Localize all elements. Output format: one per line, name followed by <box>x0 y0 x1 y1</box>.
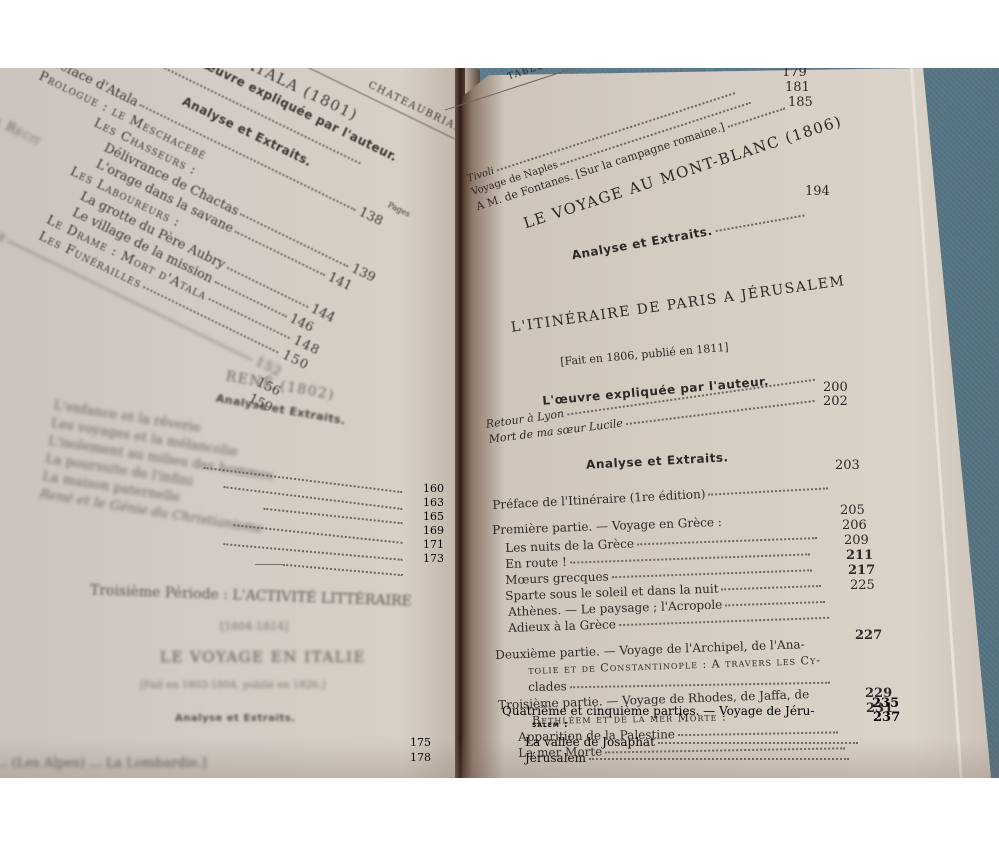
section-divider <box>255 564 285 565</box>
page-number: 163 <box>423 496 444 509</box>
page-number: 165 <box>423 510 444 523</box>
page-number: 169 <box>423 524 444 537</box>
page-number: 173 <box>423 552 444 565</box>
voyage-italie-title: LE VOYAGE EN ITALIE <box>160 648 366 666</box>
pages-label: Pages <box>386 200 411 219</box>
voyage-italie-note: [Fait en 1803-1804, publié en 1826.] <box>140 680 326 691</box>
period-years: [1804-1814] <box>220 620 288 633</box>
bottom-shadow <box>0 738 999 778</box>
toc-entry: Quatrième et cinquième parties. — Voyage… <box>502 704 814 718</box>
page-number: 237 <box>873 710 900 725</box>
voyage-italie-analysis: Analyse et Extraits. <box>175 713 296 724</box>
page-number: 160 <box>423 482 444 495</box>
page-number: 171 <box>423 538 444 551</box>
rene-dot-leaders <box>200 468 420 588</box>
right-page-bottom: Quatrième et cinquième parties. — Voyage… <box>480 68 900 778</box>
toc-entry: salem : <box>532 720 569 730</box>
page-number: 235 <box>872 696 899 711</box>
book-photograph: CHATEAUBRIAND ATALA (1801) L'œuvre expli… <box>0 68 999 778</box>
